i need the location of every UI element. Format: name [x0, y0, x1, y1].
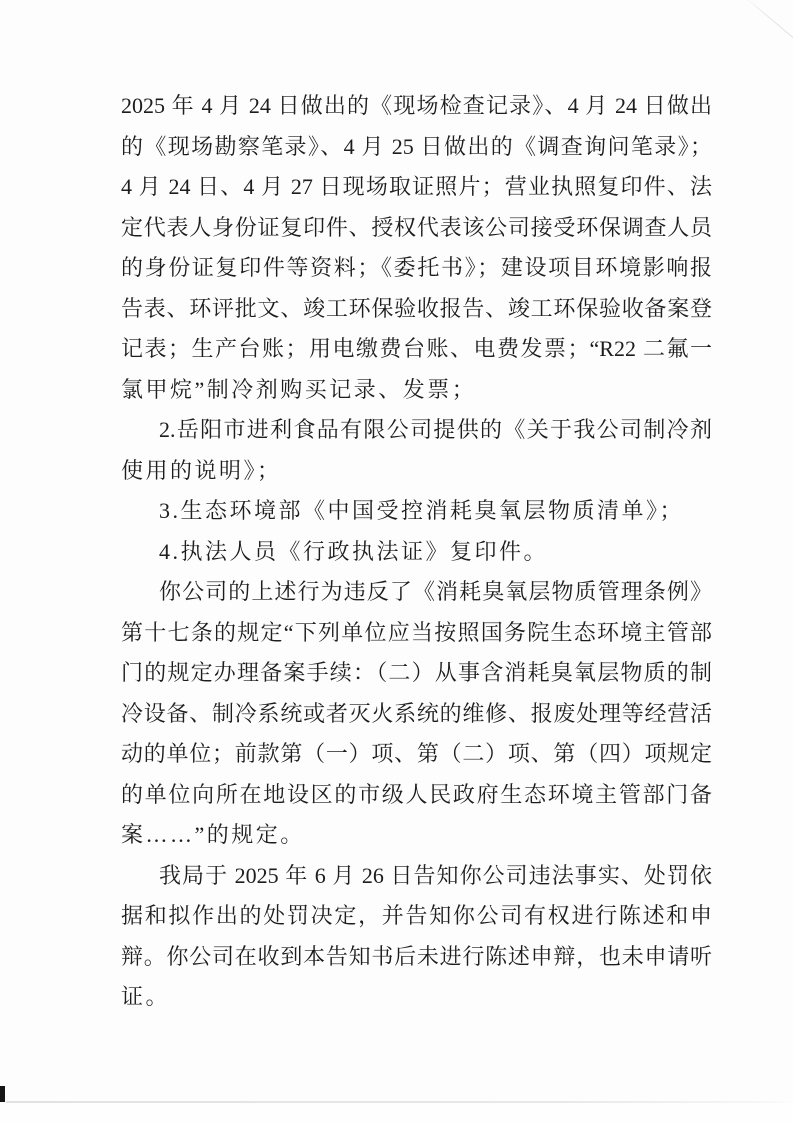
text-line: 定代表人身份证复印件、授权代表该公司接受环保调查人员: [121, 208, 712, 249]
text-line: 第十七条的规定“下列单位应当按照国务院生态环境主管部: [121, 613, 712, 654]
scan-artifact-mark: [0, 1086, 5, 1102]
text-line-numbered-item-2: 2.岳阳市进利食品有限公司提供的《关于我公司制冷剂: [121, 410, 712, 451]
text-line: 你公司的上述行为违反了《消耗臭氧层物质管理条例》: [121, 572, 712, 613]
text-line: 使用的说明》；: [121, 451, 712, 492]
page-bottom-edge-area: [0, 1103, 793, 1122]
corner-fold-shadow: [741, 0, 793, 39]
text-line: 记表；生产台账；用电缴费台账、电费发票；“R22 二氟一: [121, 329, 712, 370]
text-line: 的《现场勘察笔录》、4 月 25 日做出的《调查询问笔录》；: [121, 127, 712, 168]
text-line: 案……”的规定。: [121, 815, 712, 856]
text-line: 证。: [121, 977, 712, 1018]
text-line: 2025 年 4 月 24 日做出的《现场检查记录》、4 月 24 日做出: [121, 86, 712, 127]
text-line: 我局于 2025 年 6 月 26 日告知你公司违法事实、处罚依: [121, 856, 712, 897]
text-line: 冷设备、制冷系统或者灭火系统的维修、报废处理等经营活: [121, 694, 712, 735]
text-line: 辩。你公司在收到本告知书后未进行陈述申辩，也未申请听: [121, 937, 712, 978]
document-page: 2025 年 4 月 24 日做出的《现场检查记录》、4 月 24 日做出 的《…: [0, 0, 793, 1122]
text-line: 告表、环评批文、竣工环保验收报告、竣工环保验收备案登: [121, 289, 712, 330]
text-line-numbered-item-3: 3.生态环境部《中国受控消耗臭氧层物质清单》；: [121, 491, 712, 532]
text-line: 氯甲烷”制冷剂购买记录、发票；: [121, 370, 712, 411]
text-line: 门的规定办理备案手续：（二）从事含消耗臭氧层物质的制: [121, 653, 712, 694]
text-line: 动的单位；前款第（一）项、第（二）项、第（四）项规定: [121, 734, 712, 775]
text-line-numbered-item-4: 4.执法人员《行政执法证》复印件。: [121, 532, 712, 573]
text-line: 的身份证复印件等资料；《委托书》；建设项目环境影响报: [121, 248, 712, 289]
text-line: 的单位向所在地设区的市级人民政府生态环境主管部门备: [121, 775, 712, 816]
text-line: 4 月 24 日、4 月 27 日现场取证照片；营业执照复印件、法: [121, 167, 712, 208]
text-line: 据和拟作出的处罚决定，并告知你公司有权进行陈述和申: [121, 896, 712, 937]
document-text-block: 2025 年 4 月 24 日做出的《现场检查记录》、4 月 24 日做出 的《…: [121, 86, 712, 1018]
